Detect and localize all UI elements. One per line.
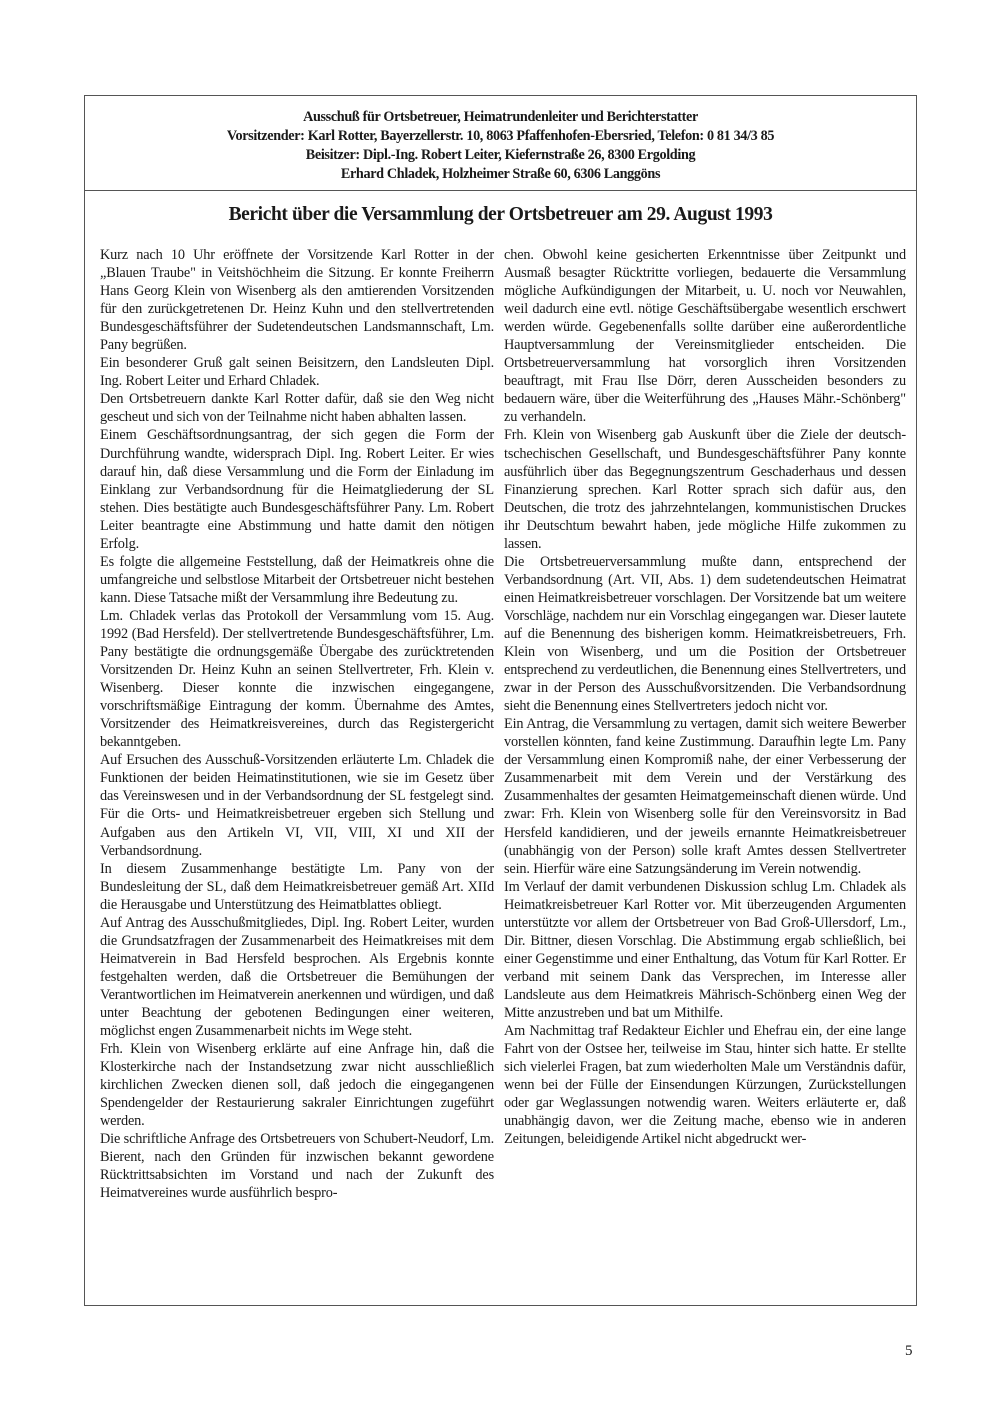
chairman-contact: Vorsitzender: Karl Rotter, Bayerzellerst… <box>85 127 916 146</box>
page-number: 5 <box>905 1343 913 1360</box>
article-body: Kurz nach 10 Uhr eröffnete der Vorsitzen… <box>100 246 906 1202</box>
paragraph: Den Ortsbetreuern dankte Karl Rotter daf… <box>100 390 494 426</box>
left-column: Kurz nach 10 Uhr eröffnete der Vorsitzen… <box>100 246 494 1202</box>
paragraph: Es folgte die allgemeine Feststellung, d… <box>100 553 494 607</box>
assessor-contact-1: Beisitzer: Dipl.-Ing. Robert Leiter, Kie… <box>85 146 916 165</box>
article-frame: Ausschuß für Ortsbetreuer, Heimatrundenl… <box>84 95 917 1306</box>
paragraph: Ein besonderer Gruß galt seinen Beisitze… <box>100 354 494 390</box>
paragraph: Frh. Klein von Wisenberg erklärte auf ei… <box>100 1040 494 1130</box>
paragraph: In diesem Zusammenhange bestätigte Lm. P… <box>100 860 494 914</box>
paragraph: Ein Antrag, die Versammlung zu vertagen,… <box>504 715 906 877</box>
paragraph: Kurz nach 10 Uhr eröffnete der Vorsitzen… <box>100 246 494 354</box>
committee-name: Ausschuß für Ortsbetreuer, Heimatrundenl… <box>85 108 916 127</box>
assessor-contact-2: Erhard Chladek, Holzheimer Straße 60, 63… <box>85 165 916 184</box>
paragraph: Auf Ersuchen des Ausschuß-Vorsitzenden e… <box>100 751 494 859</box>
paragraph: Am Nachmittag traf Redakteur Eichler und… <box>504 1022 906 1148</box>
paragraph: Die Ortsbetreuerversammlung mußte dann, … <box>504 553 906 715</box>
report-title: Bericht über die Versammlung der Ortsbet… <box>85 204 916 226</box>
paragraph: Lm. Chladek verlas das Protokoll der Ver… <box>100 607 494 751</box>
committee-masthead: Ausschuß für Ortsbetreuer, Heimatrundenl… <box>85 96 916 191</box>
paragraph: Auf Antrag des Ausschußmitgliedes, Dipl.… <box>100 914 494 1040</box>
right-column: chen. Obwohl keine gesicherten Erkenntni… <box>504 246 906 1202</box>
paragraph: Frh. Klein von Wisenberg gab Auskunft üb… <box>504 426 906 552</box>
paragraph: Einem Geschäftsordnungsantrag, der sich … <box>100 426 494 552</box>
paragraph: chen. Obwohl keine gesicherten Erkenntni… <box>504 246 906 426</box>
paragraph: Im Verlauf der damit verbundenen Diskuss… <box>504 878 906 1022</box>
paragraph: Die schriftliche Anfrage des Ortsbetreue… <box>100 1130 494 1202</box>
